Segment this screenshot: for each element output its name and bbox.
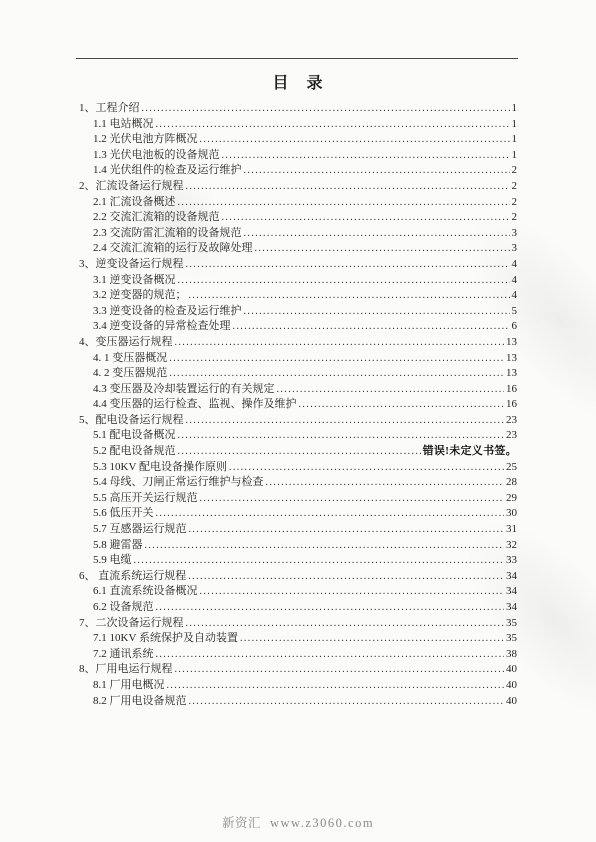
toc-leader-dots [156, 117, 510, 133]
toc-entry-label: 3.1 逆变设备概况 [93, 273, 176, 289]
toc-entry[interactable]: 5.1 配电设备概况 23 [79, 428, 517, 444]
toc-entry[interactable]: 3.3 逆变设备的检查及运行维护 5 [79, 304, 517, 320]
toc-entry-label: 3.2 逆变器的规范； [93, 288, 187, 304]
toc-entry-label: 3.3 逆变设备的检查及运行维护 [93, 304, 242, 320]
toc-entry[interactable]: 5.5 高压开关运行规范 29 [79, 491, 517, 507]
toc-entry-page: 25 [506, 460, 517, 476]
toc-entry-label: 1、工程介绍 [79, 101, 140, 117]
toc-leader-dots [266, 475, 505, 491]
toc-entry-page: 23 [506, 428, 517, 444]
toc-leader-dots [200, 584, 505, 600]
toc-leader-dots [134, 553, 505, 569]
toc-entry[interactable]: 8、厂用电运行规程 40 [79, 662, 517, 678]
document-page: 目 录 1、工程介绍 1 1.1 电站概况 1 1.2 光伏电池方阵概况 1 1… [0, 0, 596, 842]
toc-leader-dots [277, 382, 505, 398]
toc-entry-page: 1 [512, 148, 518, 164]
toc-leader-dots [200, 132, 510, 148]
toc-entry-label: 1.3 光伏电池板的设备规范 [93, 148, 220, 164]
toc-entry[interactable]: 1、工程介绍 1 [79, 101, 517, 117]
toc-entry-page: 5 [512, 304, 518, 320]
toc-entry[interactable]: 6、 直流系统运行规程 34 [79, 569, 517, 585]
toc-entry-label: 6.1 直流系统设备概况 [93, 584, 198, 600]
toc-entry-page: 40 [506, 694, 517, 710]
toc-entry[interactable]: 2.3 交流防雷汇流箱的设备规范 3 [79, 226, 517, 242]
toc-entry[interactable]: 2.1 汇流设备概述 2 [79, 195, 517, 211]
toc-list: 1、工程介绍 1 1.1 电站概况 1 1.2 光伏电池方阵概况 1 1.3 光… [79, 101, 517, 709]
toc-entry-page: 错误!未定义书签。 [423, 444, 517, 460]
toc-leader-dots [189, 522, 505, 538]
toc-leader-dots [175, 335, 505, 351]
toc-entry-label: 3.4 逆变设备的异常检查处理 [93, 319, 231, 335]
toc-entry-page: 1 [512, 101, 518, 117]
toc-leader-dots [189, 694, 505, 710]
toc-entry-label: 4.3 变压器及冷却装置运行的有关规定 [93, 382, 275, 398]
header-rule [76, 58, 518, 59]
toc-entry-page: 3 [512, 226, 518, 242]
toc-leader-dots [233, 319, 510, 335]
toc-entry-page: 16 [506, 397, 517, 413]
toc-entry[interactable]: 2、汇流设备运行规程 2 [79, 179, 517, 195]
toc-entry[interactable]: 6.1 直流系统设备概况 34 [79, 584, 517, 600]
toc-leader-dots [186, 413, 505, 429]
toc-entry[interactable]: 6.2 设备规范 34 [79, 600, 517, 616]
toc-entry-label: 5、配电设备运行规程 [79, 413, 184, 429]
toc-entry[interactable]: 4.4 变压器的运行检查、监视、操作及维护 16 [79, 397, 517, 413]
toc-leader-dots [200, 491, 505, 507]
toc-leader-dots [244, 304, 510, 320]
toc-entry-label: 5.4 母线、刀闸正常运行维护与检查 [93, 475, 264, 491]
toc-entry-label: 5.9 电缆 [93, 553, 132, 569]
toc-entry-page: 29 [506, 491, 517, 507]
toc-entry-label: 3、逆变设备运行规程 [79, 257, 184, 273]
toc-leader-dots [299, 397, 505, 413]
toc-entry-page: 2 [512, 195, 518, 211]
toc-entry[interactable]: 5.2 配电设备规范 错误!未定义书签。 [79, 444, 517, 460]
toc-entry-page: 2 [512, 163, 518, 179]
toc-entry-page: 1 [512, 117, 518, 133]
toc-entry[interactable]: 3.4 逆变设备的异常检查处理 6 [79, 319, 517, 335]
toc-entry-page: 30 [506, 506, 517, 522]
toc-entry-label: 7、二次设备运行规程 [79, 616, 184, 632]
toc-entry[interactable]: 5、配电设备运行规程 23 [79, 413, 517, 429]
toc-entry-page: 13 [506, 366, 517, 382]
page-footer: 新资汇www.z3060.com [0, 815, 596, 831]
toc-entry-page: 40 [506, 678, 517, 694]
toc-leader-dots [145, 538, 505, 554]
toc-entry-label: 7.1 10KV 系统保护及自动装置 [93, 631, 238, 647]
toc-entry-label: 5.7 互感器运行规范 [93, 522, 187, 538]
toc-entry-page: 2 [512, 210, 518, 226]
toc-entry-label: 1.4 光伏组件的检查及运行维护 [93, 163, 242, 179]
toc-leader-dots [229, 460, 504, 476]
toc-entry-page: 28 [506, 475, 517, 491]
toc-entry-label: 6.2 设备规范 [93, 600, 154, 616]
toc-entry-label: 5.6 低压开关 [93, 506, 154, 522]
toc-entry-page: 35 [506, 616, 517, 632]
toc-entry-label: 2、汇流设备运行规程 [79, 179, 184, 195]
toc-entry-page: 31 [506, 522, 517, 538]
toc-entry-label: 1.2 光伏电池方阵概况 [93, 132, 198, 148]
toc-entry-label: 8.2 厂用电设备规范 [93, 694, 187, 710]
toc-leader-dots [244, 163, 510, 179]
toc-entry[interactable]: 8.2 厂用电设备规范 40 [79, 694, 517, 710]
toc-entry-label: 5.2 配电设备规范 [93, 444, 176, 460]
toc-entry-page: 13 [506, 335, 517, 351]
toc-leader-dots [222, 210, 510, 226]
toc-entry-label: 4、变压器运行规程 [79, 335, 173, 351]
toc-entry-label: 5.1 配电设备概况 [93, 428, 176, 444]
toc-title: 目 录 [79, 74, 517, 94]
toc-entry[interactable]: 2.2 交流汇流箱的设备规范 2 [79, 210, 517, 226]
toc-entry-page: 34 [506, 584, 517, 600]
toc-leader-dots [178, 195, 510, 211]
toc-entry[interactable]: 1.4 光伏组件的检查及运行维护 2 [79, 163, 517, 179]
toc-entry-page: 38 [506, 647, 517, 663]
toc-entry-label: 4.4 变压器的运行检查、监视、操作及维护 [93, 397, 297, 413]
toc-entry-label: 6、 直流系统运行规程 [79, 569, 186, 585]
toc-entry[interactable]: 5.6 低压开关 30 [79, 506, 517, 522]
toc-entry-page: 4 [512, 257, 518, 273]
toc-leader-dots [169, 366, 504, 382]
toc-entry[interactable]: 5.7 互感器运行规范 31 [79, 522, 517, 538]
toc-entry-label: 8、厂用电运行规程 [79, 662, 173, 678]
toc-entry-page: 13 [506, 351, 517, 367]
toc-leader-dots [189, 288, 510, 304]
toc-entry-page: 6 [512, 319, 518, 335]
toc-entry[interactable]: 7.2 通讯系统 38 [79, 647, 517, 663]
toc-entry-label: 2.3 交流防雷汇流箱的设备规范 [93, 226, 242, 242]
toc-leader-dots [156, 506, 505, 522]
toc-entry-label: 5.8 避雷器 [93, 538, 143, 554]
toc-entry[interactable]: 7、二次设备运行规程 35 [79, 616, 517, 632]
footer-site-url-link[interactable]: www.z3060.com [270, 816, 374, 830]
toc-entry[interactable]: 3.2 逆变器的规范； 4 [79, 288, 517, 304]
toc-entry[interactable]: 5.9 电缆 33 [79, 553, 517, 569]
toc-entry-page: 34 [506, 600, 517, 616]
toc-entry-page: 16 [506, 382, 517, 398]
toc-entry-page: 33 [506, 553, 517, 569]
toc-entry-page: 4 [512, 288, 518, 304]
toc-entry[interactable]: 1.2 光伏电池方阵概况 1 [79, 132, 517, 148]
toc-leader-dots [175, 662, 505, 678]
toc-leader-dots [244, 226, 510, 242]
toc-leader-dots [178, 428, 505, 444]
footer-site-name: 新资汇 [222, 816, 261, 830]
toc-entry[interactable]: 4. 2 变压器规范 13 [79, 366, 517, 382]
toc-leader-dots [167, 678, 505, 694]
toc-entry-label: 5.3 10KV 配电设备操作原则 [93, 460, 227, 476]
toc-entry[interactable]: 4. 1 变压器概况 13 [79, 351, 517, 367]
toc-leader-dots [169, 351, 504, 367]
toc-entry[interactable]: 5.8 避雷器 32 [79, 538, 517, 554]
toc-entry-page: 1 [512, 132, 518, 148]
toc-leader-dots [255, 241, 510, 257]
toc-entry-label: 2.1 汇流设备概述 [93, 195, 176, 211]
toc-entry[interactable]: 4.3 变压器及冷却装置运行的有关规定 16 [79, 382, 517, 398]
toc-entry-label: 1.1 电站概况 [93, 117, 154, 133]
toc-entry-label: 5.5 高压开关运行规范 [93, 491, 198, 507]
toc-leader-dots [178, 273, 510, 289]
toc-entry-label: 2.4 交流汇流箱的运行及故障处理 [93, 241, 253, 257]
toc-entry[interactable]: 5.3 10KV 配电设备操作原则 25 [79, 460, 517, 476]
toc-entry-page: 3 [512, 241, 518, 257]
toc-leader-dots [186, 257, 510, 273]
toc-entry-page: 23 [506, 413, 517, 429]
toc-entry-label: 7.2 通讯系统 [93, 647, 154, 663]
toc-leader-dots [156, 600, 505, 616]
toc-entry[interactable]: 4、变压器运行规程 13 [79, 335, 517, 351]
toc-entry[interactable]: 7.1 10KV 系统保护及自动装置 35 [79, 631, 517, 647]
toc-leader-dots [188, 569, 504, 585]
toc-entry-page: 40 [506, 662, 517, 678]
toc-entry[interactable]: 8.1 厂用电概况 40 [79, 678, 517, 694]
toc-entry-page: 4 [512, 273, 518, 289]
toc-entry-page: 34 [506, 569, 517, 585]
toc-leader-dots [240, 631, 504, 647]
toc-entry[interactable]: 5.4 母线、刀闸正常运行维护与检查 28 [79, 475, 517, 491]
toc-entry-page: 2 [512, 179, 518, 195]
toc-leader-dots [222, 148, 510, 164]
toc-entry[interactable]: 3、逆变设备运行规程 4 [79, 257, 517, 273]
toc-entry-label: 4. 2 变压器规范 [93, 366, 167, 382]
toc-entry-page: 35 [506, 631, 517, 647]
toc-entry-label: 4. 1 变压器概况 [93, 351, 167, 367]
toc-entry[interactable]: 2.4 交流汇流箱的运行及故障处理 3 [79, 241, 517, 257]
toc-leader-dots [186, 616, 505, 632]
toc-entry-page: 32 [506, 538, 517, 554]
toc-entry[interactable]: 1.1 电站概况 1 [79, 117, 517, 133]
toc-entry[interactable]: 3.1 逆变设备概况 4 [79, 273, 517, 289]
toc-leader-dots [186, 179, 510, 195]
toc-leader-dots [178, 444, 421, 460]
toc-entry-label: 8.1 厂用电概况 [93, 678, 165, 694]
toc-leader-dots [156, 647, 505, 663]
toc-entry[interactable]: 1.3 光伏电池板的设备规范 1 [79, 148, 517, 164]
toc-leader-dots [142, 101, 510, 117]
toc-entry-label: 2.2 交流汇流箱的设备规范 [93, 210, 220, 226]
